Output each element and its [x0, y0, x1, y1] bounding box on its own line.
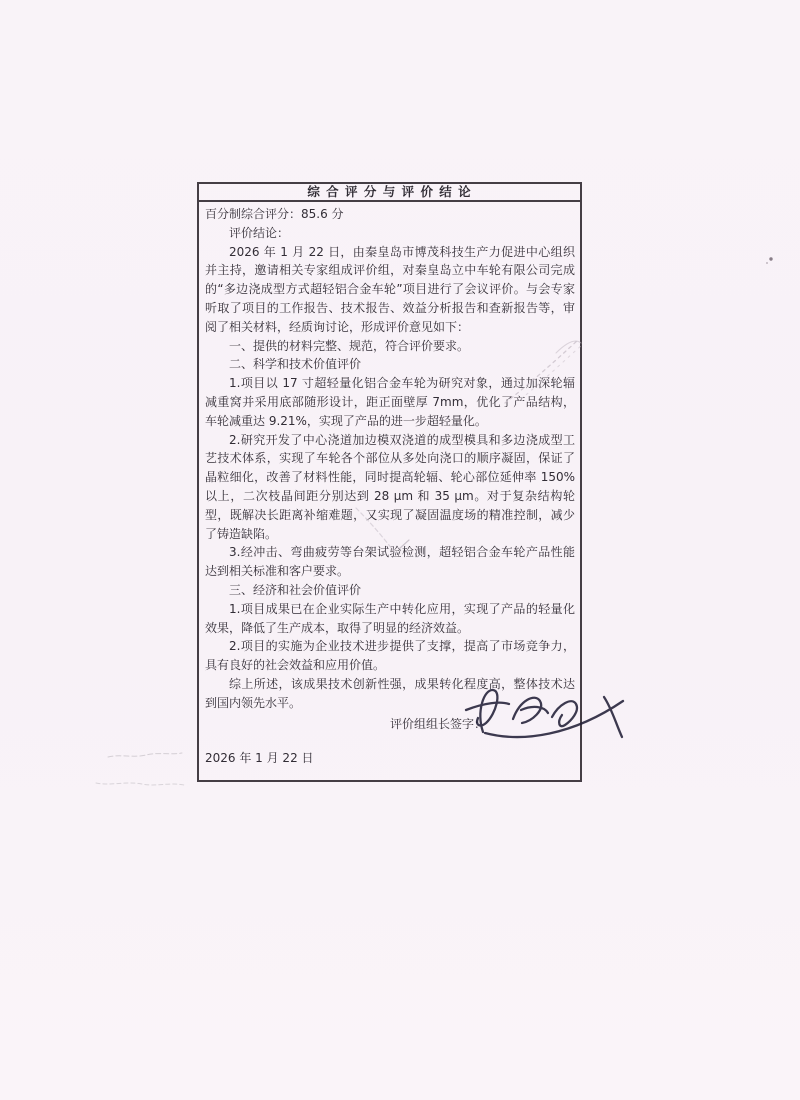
- section-2-point-3: 3.经冲击、弯曲疲劳等台架试验检测，超轻铝合金车轮产品性能达到相关标准和客户要求…: [205, 543, 575, 581]
- evaluation-form: 综 合 评 分 与 评 价 结 论 百分制综合评分：85.6 分 评价结论： 2…: [197, 182, 582, 782]
- signature-label: 评价组组长签字：: [390, 717, 486, 731]
- section-3-heading: 三、经济和社会价值评价: [205, 581, 575, 600]
- signature-row: 评价组组长签字：: [205, 715, 575, 734]
- section-2-point-1: 1.项目以 17 寸超轻量化铝合金车轮为研究对象，通过加深轮辐减重窝并采用底部随…: [205, 374, 575, 430]
- item-1-materials: 一、提供的材料完整、规范，符合评价要求。: [205, 337, 575, 356]
- section-3-point-1: 1.项目成果已在企业实际生产中转化应用，实现了产品的轻量化效果，降低了生产成本，…: [205, 600, 575, 638]
- score-line: 百分制综合评分：85.6 分: [205, 205, 575, 224]
- form-body: 百分制综合评分：85.6 分 评价结论： 2026 年 1 月 22 日，由秦皇…: [199, 202, 580, 768]
- scanned-page: 综 合 评 分 与 评 价 结 论 百分制综合评分：85.6 分 评价结论： 2…: [0, 0, 800, 1100]
- evaluation-date: 2026 年 1 月 22 日: [205, 749, 575, 768]
- intro-paragraph: 2026 年 1 月 22 日，由秦皇岛市博茂科技生产力促进中心组织并主持，邀请…: [205, 243, 575, 337]
- summary-paragraph: 综上所述，该成果技术创新性强，成果转化程度高，整体技术达到国内领先水平。: [205, 675, 575, 713]
- section-2-heading: 二、科学和技术价值评价: [205, 355, 575, 374]
- section-2-point-2: 2.研究开发了中心浇道加边模双浇道的成型模具和多边浇成型工艺技术体系，实现了车轮…: [205, 431, 575, 544]
- conclusion-heading: 评价结论：: [205, 224, 575, 243]
- form-title: 综 合 评 分 与 评 价 结 论: [199, 184, 580, 202]
- section-3-point-2: 2.项目的实施为企业技术进步提供了支撑，提高了市场竞争力，具有良好的社会效益和应…: [205, 637, 575, 675]
